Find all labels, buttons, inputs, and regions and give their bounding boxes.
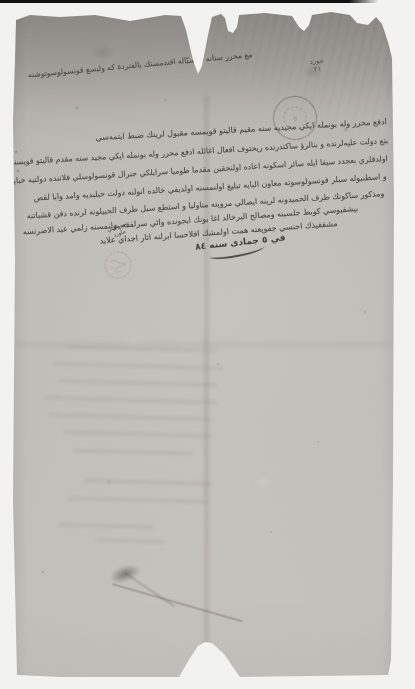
faint-seal-impression-icon (101, 248, 135, 282)
document-paper: مع محرر ستانه مرسيّاله افندمستك بالفتردة… (13, 12, 394, 679)
scanned-document: مع محرر ستانه مرسيّاله افندمستك بالفتردة… (0, 0, 415, 689)
scanner-edge-artifact (0, 0, 379, 3)
